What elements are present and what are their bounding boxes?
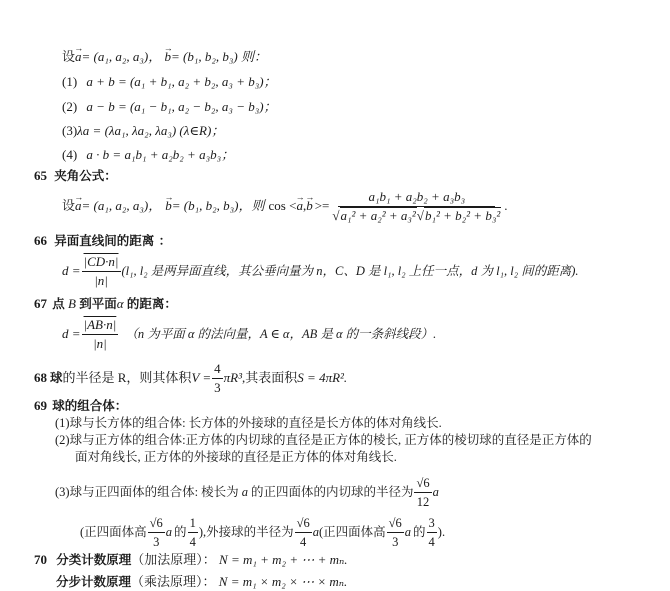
title-text: 到平面: [79, 296, 117, 311]
edge-symbol: a: [433, 484, 439, 500]
section-number: 70: [34, 552, 47, 567]
title-text: 的距离：: [127, 296, 177, 311]
formula-item-2: (2) a − b = (a₁ − b₁, a₂ − b₂, a₃ − b₃)；: [62, 99, 277, 115]
skew-distance-formula: d = |CD·n| |n| (l₁, l₂ 是两异面直线，其公垂向量为 n，C…: [62, 250, 578, 292]
height-fraction: √6 3: [387, 514, 404, 551]
area-text: ,其表面积: [242, 370, 297, 386]
formula-lhs: d =: [62, 326, 81, 342]
denominator: 3: [151, 533, 161, 551]
formula-item-4: (4) a · b = a₁b₁ + a₂b₂ + a₃b₃；: [62, 147, 234, 163]
combination-item-2-cont: 面对角线长, 正方体的外接球的直径是正方体的体对角线长.: [75, 449, 397, 465]
denominator: |n|: [91, 335, 109, 353]
numerator: a₁b₁ + a₂b₂ + a₃b₃: [338, 188, 495, 207]
circumradius-fraction: √6 4: [295, 514, 312, 551]
item-text: 的: [413, 524, 426, 540]
formula-lhs: d =: [62, 263, 81, 279]
sqrt-b: b₁² + b₂² + b₃²: [424, 207, 501, 223]
sqrt-a: a₁² + a₂² + a₃²: [340, 207, 417, 223]
denominator: 4: [188, 533, 198, 551]
plane-symbol: α: [117, 296, 124, 311]
combination-item-3-cont: (正四面体高 √6 3 a 的 1 4 ),外接球的半径为 √6 4 a (正四…: [80, 510, 445, 554]
section-title: 分步计数原理: [56, 574, 131, 589]
combination-item-1: (1)球与长方体的组合体: 长方体的外接球的直径是长方体的体对角线长.: [55, 415, 442, 431]
item-text: (正四面体高: [80, 524, 147, 540]
area-formula: S = 4πR².: [297, 370, 347, 386]
section-70-line-1: 70 分类计数原理（加法原理）： N = m₁ + m₂ + ⋯ + mₙ.: [34, 552, 348, 568]
section-number: 67: [34, 296, 47, 311]
formula-note: （n 为平面 α 的法向量，A ∈ α，AB 是 α 的一条斜线段）.: [125, 326, 436, 342]
b-definition: = (b₁, b₂, b₃)，则: [172, 198, 265, 214]
addition-formula: N = m₁ + m₂ + ⋯ + mₙ.: [219, 552, 347, 567]
section-65-heading: 65 夹角公式：: [34, 168, 117, 184]
numerator: 3: [427, 514, 437, 533]
section-67-heading: 67 点 B 到平面α 的距离：: [34, 296, 177, 312]
three-quarter-fraction: 3 4: [427, 514, 437, 551]
vector-b: b: [165, 49, 172, 65]
distance-fraction: |CD·n| |n|: [82, 253, 121, 290]
plane-distance-formula: d = |AB·n| |n| （n 为平面 α 的法向量，A ∈ α，AB 是 …: [62, 313, 436, 355]
section-number: 65: [34, 168, 47, 183]
item-text: (1)球与长方体的组合体: 长方体的外接球的直径是长方体的体对角线长.: [55, 416, 442, 430]
item-text: ),外接球的半径为: [199, 524, 294, 540]
numerator: √6: [387, 514, 404, 533]
section-number: 68: [34, 370, 47, 386]
section-66-heading: 66 异面直线间的距离 ：: [34, 233, 171, 249]
vector-a: a: [75, 49, 82, 65]
section-68-line: 68 球 的半径是 R，则其体积 V = 4 3 πR³ ,其表面积 S = 4…: [34, 358, 347, 398]
a-definition: = (a₁, a₂, a₃)，: [82, 198, 162, 214]
section-number: 69: [34, 398, 47, 413]
formula-note: (l₁, l₂ 是两异面直线，其公垂向量为 n，C、D 是 l₁, l₂ 上任一…: [122, 263, 579, 279]
numerator: √6: [295, 514, 312, 533]
intro-text: 设: [62, 198, 75, 214]
numerator: 4: [212, 360, 223, 379]
item-text: 面对角线长, 正方体的外接球的直径是正方体的体对角线长.: [75, 450, 397, 464]
numerator: |AB·n|: [82, 316, 119, 335]
edge-symbol: a: [166, 524, 172, 540]
equals-sign: >=: [315, 198, 330, 214]
principle-paren: （加法原理）：: [131, 552, 216, 567]
item-text: 的正四面体的内切球的半径为: [251, 484, 414, 500]
vector-a: a: [296, 198, 303, 214]
vector-definition-line: 设a= (a₁, a₂, a₃)， b= (b₁, b₂, b₃) 则：: [62, 49, 267, 65]
denominator: |n|: [92, 272, 110, 290]
item-label: (2): [62, 99, 77, 114]
multiplication-formula: N = m₁ × m₂ × ⋯ × mₙ.: [219, 574, 347, 589]
volume-rest: πR³: [224, 370, 242, 386]
item-text: (3)球与正四面体的组合体: 棱长为: [55, 484, 239, 500]
combination-item-3: (3)球与正四面体的组合体: 棱长为 a 的正四面体的内切球的半径为 √6 12…: [55, 470, 439, 514]
vector-b: b: [306, 198, 313, 214]
distance-fraction: |AB·n| |n|: [82, 316, 119, 353]
inradius-fraction: √6 12: [414, 474, 431, 511]
edge-symbol: a: [405, 524, 411, 540]
section-title: 分类计数原理: [56, 552, 131, 567]
sphere-text: 的半径是 R，则其体积: [63, 370, 192, 386]
intro-text: 设: [62, 49, 75, 64]
volume-lhs: V =: [191, 370, 211, 386]
cos-label: cos <: [269, 198, 297, 214]
angle-formula-line: 设a= (a₁, a₂, a₃)， b= (b₁, b₂, b₃)，则 cos …: [62, 186, 507, 226]
denominator: 12: [415, 493, 432, 511]
section-number: 66: [34, 233, 47, 248]
denominator: √a₁² + a₂² + a₃²√b₁² + b₂² + b₃²: [330, 207, 503, 225]
quarter-fraction: 1 4: [188, 514, 198, 551]
section-70-line-2: 分步计数原理（乘法原理）： N = m₁ × m₂ × ⋯ × mₙ.: [56, 574, 347, 590]
volume-fraction: 4 3: [212, 360, 223, 397]
item-label: (3): [62, 123, 77, 138]
item-formula: λa = (λa₁, λa₂, λa₃) (λ∈R)；: [77, 123, 224, 138]
point-symbol: B: [68, 296, 76, 311]
item-label: (4): [62, 147, 77, 162]
item-text: ).: [438, 524, 445, 540]
item-formula: a · b = a₁b₁ + a₂b₂ + a₃b₃；: [86, 147, 234, 162]
combination-item-2: (2)球与正方体的组合体:正方体的内切球的直径是正方体的棱长, 正方体的棱切球的…: [55, 432, 592, 448]
item-formula: a − b = (a₁ − b₁, a₂ − b₂, a₃ − b₃)；: [86, 99, 276, 114]
cosine-fraction: a₁b₁ + a₂b₂ + a₃b₃ √a₁² + a₂² + a₃²√b₁² …: [330, 188, 503, 225]
section-title: 球: [50, 370, 63, 386]
numerator: 1: [188, 514, 198, 533]
b-definition: = (b₁, b₂, b₃) 则：: [171, 49, 267, 64]
section-title: 夹角公式：: [54, 168, 117, 183]
title-text: 点: [52, 296, 65, 311]
item-label: (1): [62, 74, 77, 89]
vector-b: b: [165, 198, 172, 214]
edge-symbol: a: [242, 484, 248, 500]
a-definition: = (a₁, a₂, a₃)，: [82, 49, 162, 64]
denominator: 3: [390, 533, 400, 551]
item-formula: a + b = (a₁ + b₁, a₂ + b₂, a₃ + b₃)；: [86, 74, 276, 89]
section-title: 球的组合体：: [52, 398, 127, 413]
denominator: 4: [427, 533, 437, 551]
period: .: [504, 198, 507, 214]
item-text: (2)球与正方体的组合体:正方体的内切球的直径是正方体的棱长, 正方体的棱切球的…: [55, 433, 592, 447]
denominator: 3: [212, 379, 223, 397]
numerator: √6: [148, 514, 165, 533]
formula-item-1: (1) a + b = (a₁ + b₁, a₂ + b₂, a₃ + b₃)；: [62, 74, 277, 90]
principle-paren: （乘法原理）：: [131, 574, 216, 589]
item-text: 的: [174, 524, 187, 540]
denominator: 4: [298, 533, 308, 551]
item-text: (正四面体高: [319, 524, 386, 540]
section-69-heading: 69 球的组合体：: [34, 398, 127, 414]
numerator: √6: [414, 474, 431, 493]
formula-item-3: (3)λa = (λa₁, λa₂, λa₃) (λ∈R)；: [62, 123, 224, 139]
section-title: 异面直线间的距离 ：: [54, 233, 171, 248]
numerator: |CD·n|: [82, 253, 121, 272]
vector-a: a: [75, 198, 82, 214]
height-fraction: √6 3: [148, 514, 165, 551]
